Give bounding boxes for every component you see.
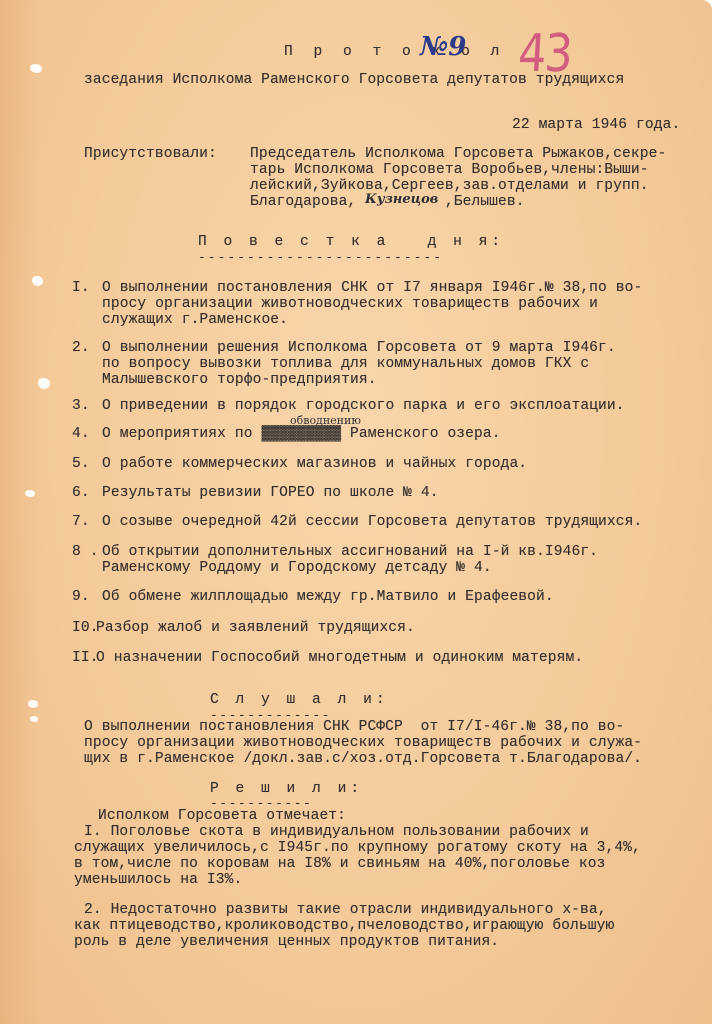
- agenda-item-number: 4.: [72, 426, 90, 442]
- agenda-item-text: О работе коммерческих магазинов и чайных…: [102, 456, 527, 472]
- decided-point-line: 2. Недостаточно развиты такие отрасли ин…: [84, 902, 607, 918]
- agenda-item-text: Малышевского торфо-предприятия.: [102, 372, 377, 388]
- agenda-item-number: 5.: [72, 456, 90, 472]
- decided-intro: Исполком Горсовета отмечает:: [98, 808, 346, 824]
- document-page: П р о т о к о л №9 43 заседания Исполком…: [0, 0, 712, 1024]
- agenda-item-number: I.: [72, 280, 90, 296]
- agenda-item-number: II.: [72, 650, 99, 666]
- agenda-item-number: 6.: [72, 485, 90, 501]
- agenda-item-text: Разбор жалоб и заявлений трудящихся.: [96, 620, 415, 636]
- decided-point-line: уменьшилось на I3%.: [74, 872, 242, 888]
- decided-point-line: в том,числе по коровам на I8% и свиньям …: [74, 856, 605, 872]
- agenda-item-text: Об открытии дополнительных ассигнований …: [102, 544, 598, 560]
- attendance-label: Присутствовали:: [84, 146, 217, 162]
- agenda-item-text: Результаты ревизии ГОРЕО по школе № 4.: [102, 485, 439, 501]
- punch-hole: [30, 716, 38, 722]
- agenda-item-number: I0.: [72, 620, 99, 636]
- agenda-item-text: О созыве очередной 42й сессии Горсовета …: [102, 514, 642, 530]
- agenda-item-text: Раменскому Роддому и Городскому детсаду …: [102, 560, 492, 576]
- heard-heading: С л у ш а л и:: [210, 692, 389, 708]
- punch-hole: [28, 700, 38, 708]
- decided-point-line: служащих увеличилось,с I945г.по крупному…: [74, 840, 641, 856]
- punch-hole: [30, 64, 42, 73]
- punch-hole: [38, 378, 50, 389]
- attendance-line: Председатель Исполкома Горсовета Рыжаков…: [250, 146, 666, 162]
- handwritten-protocol-number: №9: [420, 32, 466, 62]
- decided-point-line: роль в деле увеличения ценных продуктов …: [74, 934, 499, 950]
- agenda-item-text: просу организации животноводческих товар…: [102, 296, 598, 312]
- agenda-item-text: О выполнении постановления СНК от I7 янв…: [102, 280, 642, 296]
- decided-point-line: I. Поголовье скота в индивидуальном поль…: [84, 824, 589, 840]
- decided-point-line: как птицеводство,кролиководство,пчеловод…: [74, 918, 614, 934]
- heard-line: О выполнении постановления СНК РСФСР от …: [84, 719, 624, 735]
- agenda-item-number: 2.: [72, 340, 90, 356]
- agenda-item-number: 3.: [72, 398, 90, 414]
- agenda-heading: П о в е с т к а д н я:: [198, 234, 504, 250]
- agenda-item-number: 9.: [72, 589, 90, 605]
- decided-heading: Р е ш и л и:: [210, 781, 363, 797]
- agenda-item-text: О назначении Госпособий многодетным и од…: [96, 650, 583, 666]
- document-date: 22 марта 1946 года.: [512, 117, 680, 133]
- agenda-item-number: 8 .: [72, 544, 99, 560]
- agenda-item-text: О приведении в порядок городского парка …: [102, 398, 625, 414]
- agenda-item-text: О выполнении решения Исполкома Горсовета…: [102, 340, 616, 356]
- handwritten-attendee: Кузнецов: [365, 192, 438, 207]
- agenda-item-text: служащих г.Раменское.: [102, 312, 288, 328]
- agenda-item-text: Об обмене жилплощадью между гр.Матвило и…: [102, 589, 554, 605]
- agenda-item-number: 7.: [72, 514, 90, 530]
- heard-line: щих в г.Раменское /докл.зав.с/хоз.отд.Го…: [84, 751, 642, 767]
- attendance-line: тарь Исполкома Горсовета Воробьев,члены:…: [250, 162, 649, 178]
- agenda-underline: -------------------------: [198, 250, 443, 265]
- heard-line: просу организации животноводческих товар…: [84, 735, 642, 751]
- attendance-line: лейский,Зуйкова,Сергеев,зав.отделами и г…: [250, 178, 649, 194]
- punch-hole: [32, 276, 43, 286]
- punch-hole: [25, 490, 35, 497]
- document-subtitle: заседания Исполкома Раменского Горсовета…: [84, 72, 624, 88]
- agenda-item-text: по вопросу вывозки топлива для коммуналь…: [102, 356, 589, 372]
- document-title: П р о т о к о л: [284, 44, 505, 60]
- agenda-item-text: О мероприятиях по ▓▓▓▓▓▓▓▓▓ Раменского о…: [102, 426, 501, 442]
